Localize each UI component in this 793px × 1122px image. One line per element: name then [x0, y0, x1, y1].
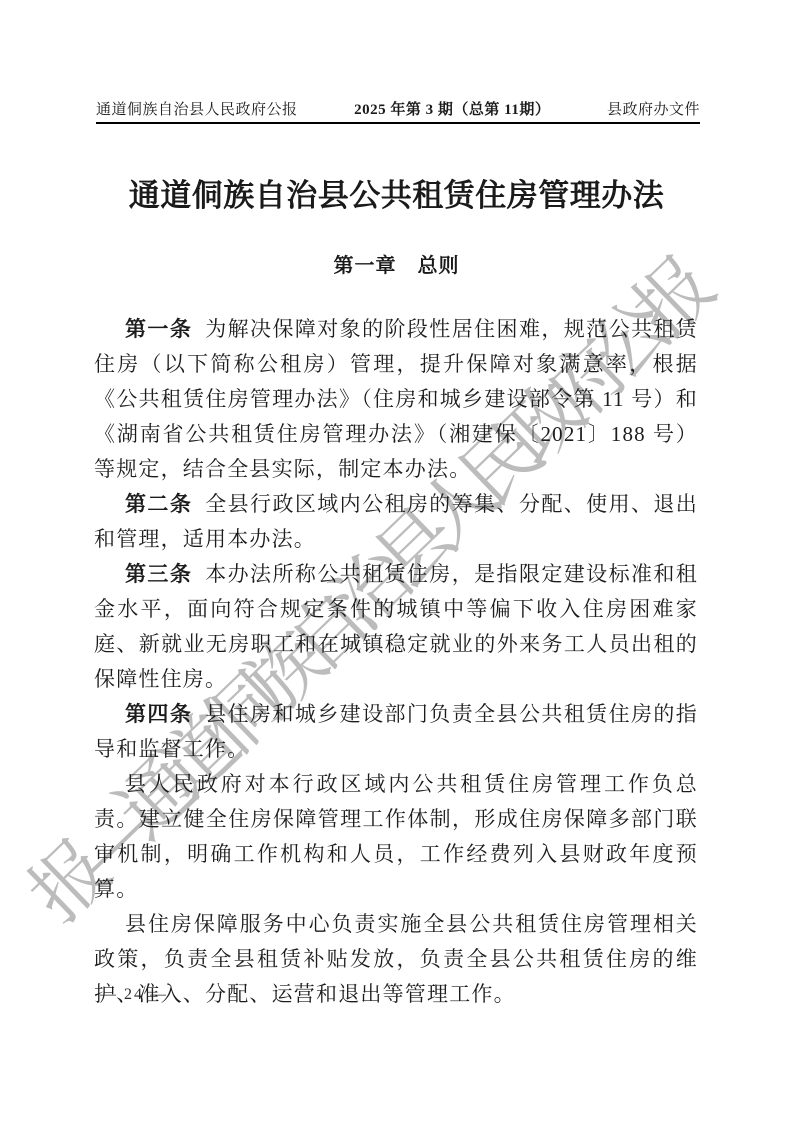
paragraph: 第一条为解决保障对象的阶段性居住困难，规范公共租赁住房（以下简称公租房）管理，提…: [94, 312, 698, 487]
document-title: 通道侗族自治县公共租赁住房管理办法: [0, 170, 793, 215]
chapter-heading: 第一章 总则: [0, 249, 793, 278]
article-text: 县人民政府对本行政区域内公共租赁住房管理工作负总责。建立健全住房保障管理工作体制…: [94, 772, 698, 901]
article-number: 第二条: [125, 492, 192, 516]
paragraph: 第四条县住房和城乡建设部门负责全县公共租赁住房的指导和监督工作。: [94, 697, 698, 767]
page-header: 通道侗族自治县人民政府公报 2025 年第 3 期（总第 11期） 县政府办文件: [96, 98, 700, 124]
page-number: — 24 —: [100, 986, 168, 1003]
document-page: 报—通道侗族自治县人民政府公报 通道侗族自治县人民政府公报 2025 年第 3 …: [0, 0, 793, 1122]
article-number: 第三条: [125, 562, 192, 586]
paragraph: 第三条本办法所称公共租赁住房，是指限定建设标准和租金水平，面向符合规定条件的城镇…: [94, 557, 698, 697]
document-body: 第一条为解决保障对象的阶段性居住困难，规范公共租赁住房（以下简称公租房）管理，提…: [94, 312, 698, 1012]
article-text: 为解决保障对象的阶段性居住困难，规范公共租赁住房（以下简称公租房）管理，提升保障…: [94, 317, 698, 481]
paragraph: 第二条全县行政区域内公租房的筹集、分配、使用、退出和管理，适用本办法。: [94, 487, 698, 557]
paragraph: 县人民政府对本行政区域内公共租赁住房管理工作负总责。建立健全住房保障管理工作体制…: [94, 767, 698, 907]
paragraph: 县住房保障服务中心负责实施全县公共租赁住房管理相关政策，负责全县租赁补贴发放，负…: [94, 907, 698, 1012]
article-number: 第四条: [125, 702, 192, 726]
article-text: 县住房保障服务中心负责实施全县公共租赁住房管理相关政策，负责全县租赁补贴发放，负…: [94, 912, 698, 1006]
page-footer: — 24 —: [100, 986, 168, 1004]
header-issue-info: 2025 年第 3 期（总第 11期）: [354, 98, 550, 119]
header-gazette-name: 通道侗族自治县人民政府公报: [96, 98, 298, 119]
article-number: 第一条: [125, 317, 192, 341]
header-doc-category: 县政府办文件: [607, 98, 700, 119]
